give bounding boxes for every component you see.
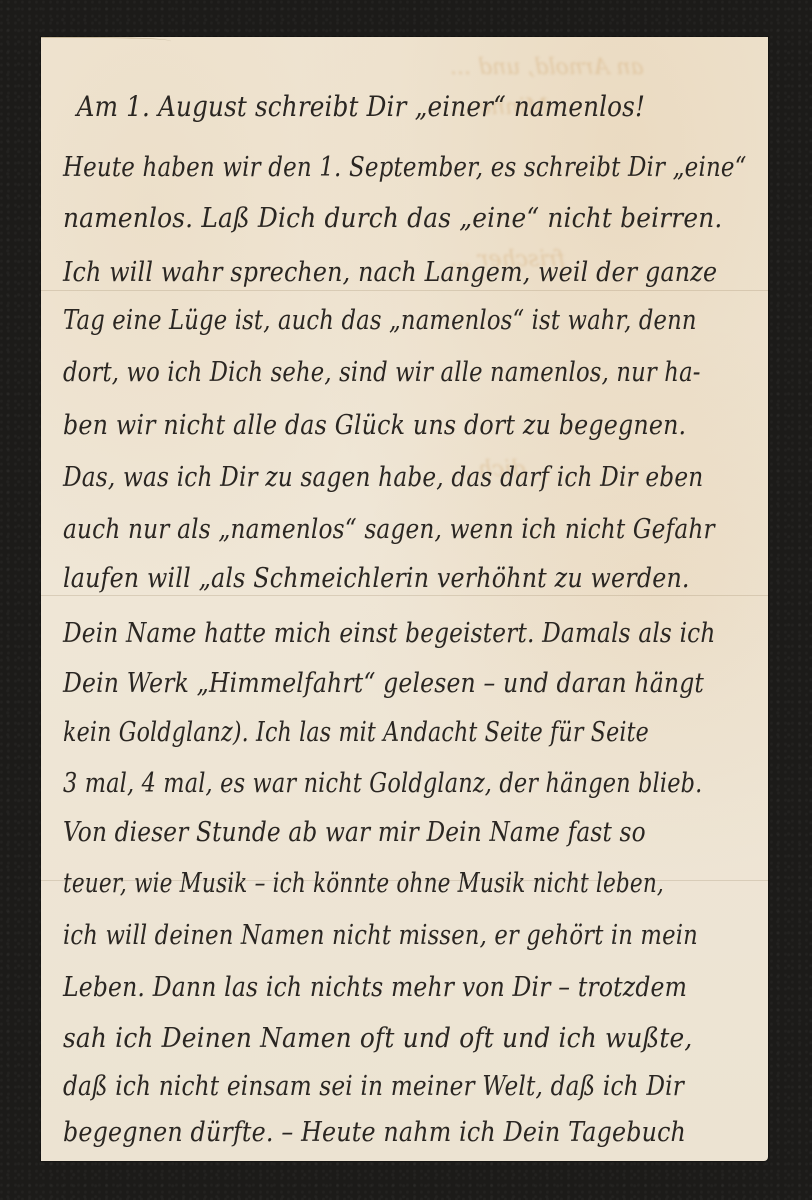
letter-line: Von dieser Stunde ab war mir Dein Name f… xyxy=(63,819,657,846)
letter-line: teuer, wie Musik – ich könnte ohne Musik… xyxy=(63,870,616,897)
letter-line: namenlos. Laß Dich durch das „eine“ nich… xyxy=(63,205,699,232)
letter-line: Heute haben wir den 1. September, es sch… xyxy=(63,154,650,181)
letter-line: Leben. Dann las ich nichts mehr von Dir … xyxy=(63,974,664,1001)
letter-line: auch nur als „namenlos“ sagen, wenn ich … xyxy=(63,516,657,543)
letter-line: laufen will „als Schmeichlerin verhöhnt … xyxy=(63,565,671,592)
letter-line: 3 mal, 4 mal, es war nicht Goldglanz, de… xyxy=(63,770,637,797)
letter-line: daß ich nicht einsam sei in meiner Welt,… xyxy=(63,1073,657,1100)
letter-line: ben wir nicht alle das Glück uns dort zu… xyxy=(63,412,671,439)
letter-line: Tag eine Lüge ist, auch das „namenlos“ i… xyxy=(63,307,643,334)
letter-line: Dein Name hatte mich einst begeistert. D… xyxy=(63,620,657,647)
letter-line: ich will deinen Namen nicht missen, er g… xyxy=(63,922,643,949)
letter-line: Das, was ich Dir zu sagen habe, das darf… xyxy=(63,464,657,491)
letter-body: Am 1. August schreibt Dir „einer“ namenl… xyxy=(41,37,768,1161)
letter-line: dort, wo ich Dich sehe, sind wir alle na… xyxy=(63,359,643,386)
letter-line: Ich will wahr sprechen, nach Langem, wei… xyxy=(63,259,671,286)
letter-heading: Am 1. August schreibt Dir „einer“ namenl… xyxy=(41,93,681,121)
letter-line: Dein Werk „Himmelfahrt“ gelesen – und da… xyxy=(63,670,664,697)
letter-line: begegnen dürfte. – Heute nahm ich Dein T… xyxy=(63,1119,671,1146)
letter-line: sah ich Deinen Namen oft und oft und ich… xyxy=(63,1025,699,1052)
letter-line: kein Goldglanz). Ich las mit Andacht Sei… xyxy=(63,719,630,746)
letter-page: an Arnold, und ... Minne ... frischer ..… xyxy=(41,37,768,1161)
